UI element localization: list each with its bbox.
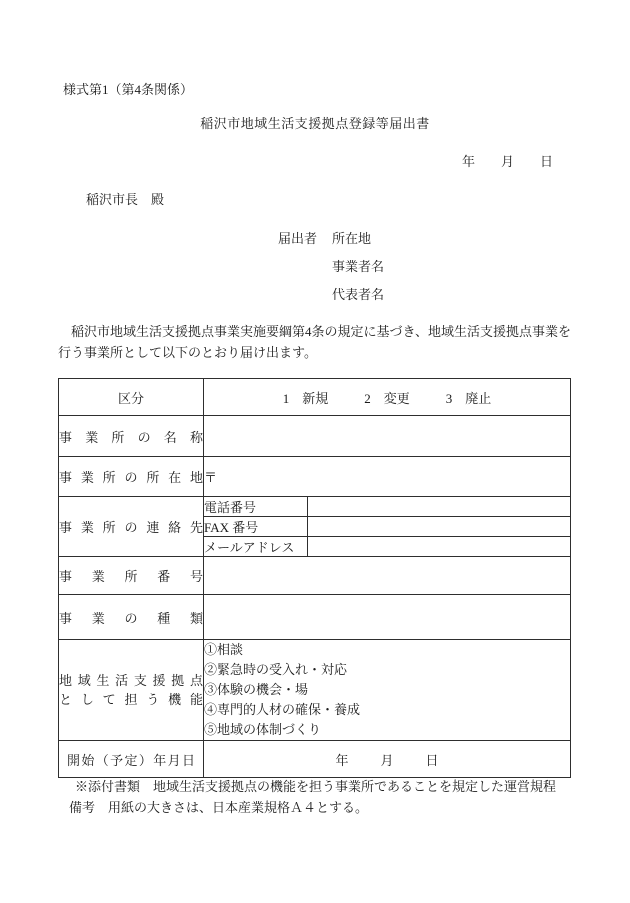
office-name-value-cell (204, 416, 571, 457)
office-number-value-cell (204, 557, 571, 595)
functions-list-cell: ①相談 ②緊急時の受入れ・対応 ③体験の機会・場 ④専門的人材の確保・養成 ⑤地… (204, 640, 571, 741)
office-address-value-cell: 〒 (204, 457, 571, 497)
row-functions: 地域生活支援拠点 として担う機能 ①相談 ②緊急時の受入れ・対応 ③体験の機会・… (59, 640, 571, 741)
body-paragraph-line2: 行う事業所として以下のとおり届け出ます。 (58, 342, 618, 363)
function-item-1: ①相談 (204, 640, 570, 660)
office-contact-label: 事業所の連絡先 (59, 497, 204, 557)
functions-label-line1: 地域生活支援拠点 (59, 671, 203, 690)
fax-label: FAX 番号 (204, 517, 308, 537)
function-item-4: ④専門的人材の確保・養成 (204, 700, 570, 720)
applicant-heading: 届出者 (278, 232, 317, 246)
body-paragraph: 稲沢市地域生活支援拠点事業実施要綱第4条の規定に基づき、地域生活支援拠点事業を … (58, 321, 618, 363)
start-date-value-cell: 年 月 日 (204, 741, 571, 778)
row-office-number: 事業所番号 (59, 557, 571, 595)
category-option-change: 2 変更 (364, 388, 410, 407)
email-label: メールアドレス (204, 537, 308, 557)
note-attachments: ※添付書類 地域生活支援拠点の機能を担う事業所であることを規定した運営規程 (63, 776, 603, 797)
row-contact-phone: 事業所の連絡先 電話番号 (59, 497, 571, 517)
email-value-cell (308, 537, 571, 557)
applicant-field-business-name: 事業者名 (332, 260, 384, 274)
document-page: 様式第1（第4条関係） 稲沢市地域生活支援拠点登録等届出書 年 月 日 稲沢市長… (0, 0, 630, 903)
category-options-cell: 1 新規 2 変更 3 廃止 (204, 379, 571, 416)
office-address-label: 事業所の所在地 (59, 457, 204, 497)
registration-form-table: 区分 1 新規 2 変更 3 廃止 事業所の名称 事業所の所在地 〒 事業所の連… (58, 378, 571, 778)
category-option-abolish: 3 廃止 (446, 388, 492, 407)
function-item-2: ②緊急時の受入れ・対応 (204, 660, 570, 680)
row-office-name: 事業所の名称 (59, 416, 571, 457)
function-item-5: ⑤地域の体制づくり (204, 720, 570, 740)
fax-value-cell (308, 517, 571, 537)
addressee: 稲沢市長 殿 (86, 189, 164, 208)
note-paper-size: 備考 用紙の大きさは、日本産業規格Ａ４とする。 (63, 797, 603, 818)
date-month-label: 月 (501, 151, 514, 170)
office-name-label: 事業所の名称 (59, 416, 204, 457)
row-category: 区分 1 新規 2 変更 3 廃止 (59, 379, 571, 416)
applicant-block: 届出者 所在地 事業者名 代表者名 (278, 232, 384, 316)
start-date-label: 開始（予定）年月日 (59, 741, 204, 778)
category-label: 区分 (59, 379, 204, 416)
business-type-value-cell (204, 595, 571, 640)
applicant-field-address: 所在地 (332, 232, 371, 246)
phone-label: 電話番号 (204, 497, 308, 517)
row-start-date: 開始（予定）年月日 年 月 日 (59, 741, 571, 778)
functions-label-line2: として担う機能 (59, 690, 203, 709)
document-title: 稲沢市地域生活支援拠点登録等届出書 (0, 113, 630, 132)
start-date-month-label: 月 (381, 750, 394, 769)
start-date-year-label: 年 (335, 750, 348, 769)
form-number: 様式第1（第4条関係） (63, 79, 193, 98)
date-day-label: 日 (540, 151, 553, 170)
start-date-day-label: 日 (426, 750, 439, 769)
postal-mark: 〒 (204, 470, 217, 485)
applicant-field-representative: 代表者名 (332, 288, 384, 302)
row-office-address: 事業所の所在地 〒 (59, 457, 571, 497)
date-year-label: 年 (462, 151, 475, 170)
business-type-label: 事業の種類 (59, 595, 204, 640)
date-line: 年 月 日 (0, 151, 630, 170)
footer-notes: ※添付書類 地域生活支援拠点の機能を担う事業所であることを規定した運営規程 備考… (63, 776, 603, 818)
office-number-label: 事業所番号 (59, 557, 204, 595)
phone-value-cell (308, 497, 571, 517)
function-item-3: ③体験の機会・場 (204, 680, 570, 700)
body-paragraph-line1: 稲沢市地域生活支援拠点事業実施要綱第4条の規定に基づき、地域生活支援拠点事業を (58, 321, 618, 342)
category-option-new: 1 新規 (283, 388, 329, 407)
functions-label: 地域生活支援拠点 として担う機能 (59, 640, 204, 741)
row-business-type: 事業の種類 (59, 595, 571, 640)
